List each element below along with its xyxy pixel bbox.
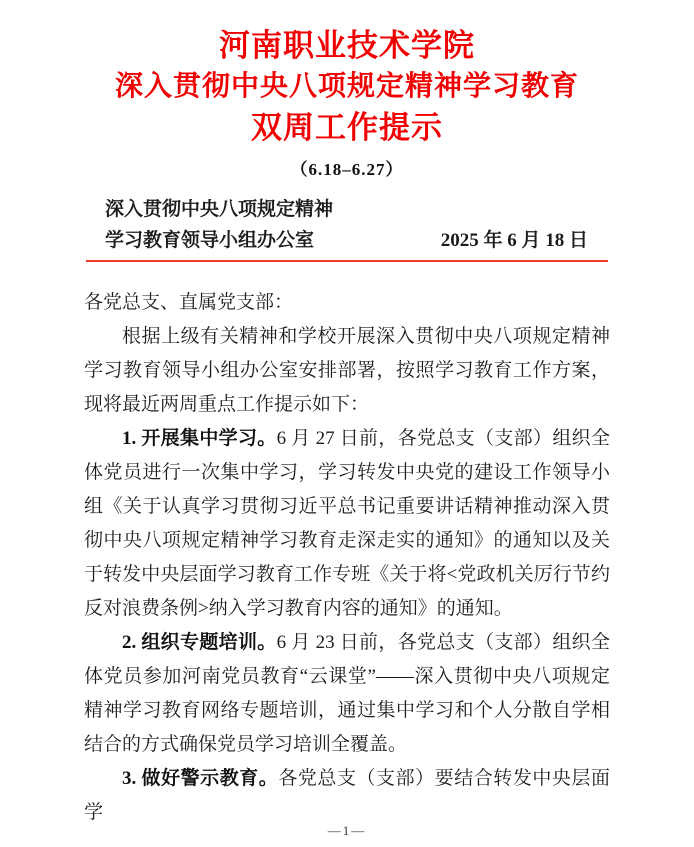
paragraph-item-1: 1. 开展集中学习。6 月 27 日前，各党总支（支部）组织全体党员进行一次集中… [84, 422, 610, 626]
paragraph-item-2-lead: 2. 组织专题培训。 [122, 632, 277, 653]
paragraph-intro-text: 根据上级有关精神和学校开展深入贯彻中央八项规定精神学习教育领导小组办公室安排部署… [84, 326, 610, 415]
issuer-name: 深入贯彻中央八项规定精神 学习教育领导小组办公室 [105, 194, 333, 256]
paragraph-item-1-text: 6 月 27 日前，各党总支（支部）组织全体党员进行一次集中学习，学习转发中央党… [84, 428, 610, 619]
paragraph-intro: 根据上级有关精神和学校开展深入贯彻中央八项规定精神学习教育领导小组办公室安排部署… [84, 320, 610, 422]
issuer-name-line-2: 学习教育领导小组办公室 [105, 225, 333, 256]
salutation: 各党总支、直属党支部： [84, 286, 610, 320]
document-header: 河南职业技术学院 深入贯彻中央八项规定精神学习教育 双周工作提示 （6.18–6… [0, 0, 694, 180]
document-title-line-1: 河南职业技术学院 [0, 25, 694, 66]
page-number: —1— [0, 823, 694, 839]
title-date-range: （6.18–6.27） [0, 155, 694, 180]
issuer-name-line-1: 深入贯彻中央八项规定精神 [105, 194, 333, 225]
paragraph-item-2: 2. 组织专题培训。6 月 23 日前，各党总支（支部）组织全体党员参加河南党员… [84, 626, 610, 762]
paragraph-item-3-lead: 3. 做好警示教育。 [122, 768, 278, 789]
document-page: 河南职业技术学院 深入贯彻中央八项规定精神学习教育 双周工作提示 （6.18–6… [0, 0, 694, 847]
paragraph-item-1-lead: 1. 开展集中学习。 [122, 428, 277, 449]
red-divider-rule [86, 260, 608, 262]
paragraph-item-3: 3. 做好警示教育。各党总支（支部）要结合转发中央层面学 [84, 762, 610, 830]
issuer-row: 深入贯彻中央八项规定精神 学习教育领导小组办公室 2025 年 6 月 18 日 [105, 194, 588, 256]
issue-date: 2025 年 6 月 18 日 [441, 225, 588, 256]
document-title-line-2: 深入贯彻中央八项规定精神学习教育 [0, 66, 694, 107]
document-title-line-3: 双周工作提示 [0, 107, 694, 148]
document-body: 各党总支、直属党支部： 根据上级有关精神和学校开展深入贯彻中央八项规定精神学习教… [84, 286, 610, 830]
